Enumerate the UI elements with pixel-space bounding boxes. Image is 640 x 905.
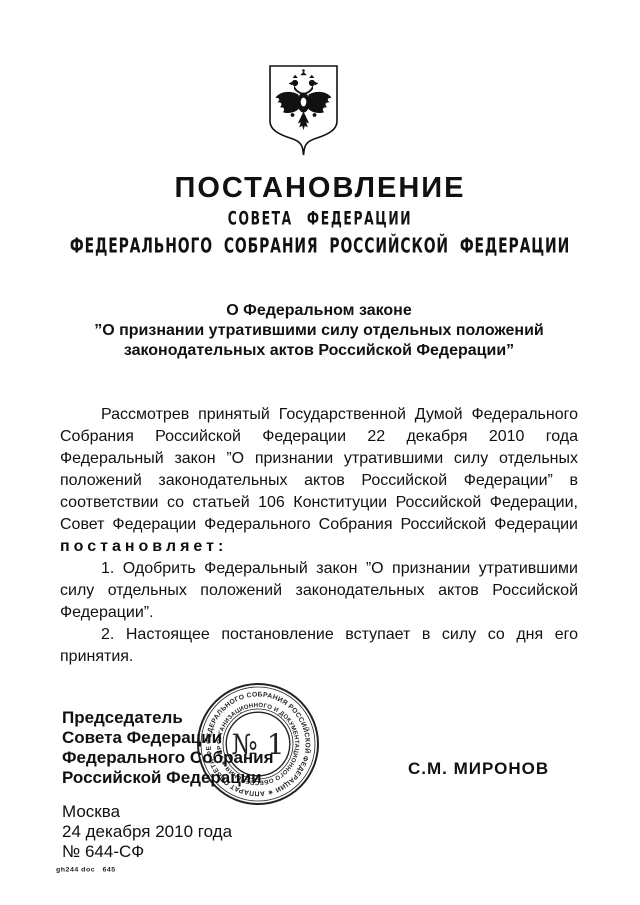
- signer-name: С.М. МИРОНОВ: [408, 759, 549, 779]
- subject-line-2: ”О признании утратившими силу отдельных …: [60, 321, 578, 341]
- issue-date: 24 декабря 2010 года: [62, 822, 232, 842]
- body-paragraph-preamble: Рассмотрев принятый Государственной Думо…: [60, 404, 578, 558]
- subject-line-3: законодательных актов Российской Федерац…: [60, 341, 578, 361]
- preamble-text: Рассмотрев принятый Государственной Думо…: [60, 406, 578, 533]
- subject-block: О Федеральном законе ”О признании утрати…: [60, 301, 578, 361]
- body-paragraph-item-1: 1. Одобрить Федеральный закон ”О признан…: [60, 558, 578, 624]
- issue-city: Москва: [62, 802, 232, 822]
- russia-coat-of-arms-icon: [267, 64, 340, 161]
- footer-doc-code: gh244 doc 645: [56, 867, 116, 873]
- stamp-number: № 1: [231, 728, 284, 761]
- document-page: ПОСТАНОВЛЕНИЕ СОВЕТА ФЕДЕРАЦИИ ФЕДЕРАЛЬН…: [0, 0, 640, 905]
- issue-number: № 644-СФ: [62, 842, 232, 862]
- resolves-keyword: постановляет:: [60, 538, 227, 555]
- registration-stamp: ФЕДЕРАЛЬНОГО СОБРАНИЯ РОССИЙСКОЙ ФЕДЕРАЦ…: [196, 682, 320, 806]
- document-type-title: ПОСТАНОВЛЕНИЕ: [0, 172, 640, 205]
- body-paragraph-item-2: 2. Настоящее постановление вступает в си…: [60, 624, 578, 668]
- issuing-body-line-1: СОВЕТА ФЕДЕРАЦИИ: [58, 207, 583, 230]
- resolution-body: Рассмотрев принятый Государственной Думо…: [60, 404, 578, 668]
- issue-block: Москва 24 декабря 2010 года № 644-СФ: [62, 802, 232, 862]
- issuing-body-line-2: ФЕДЕРАЛЬНОГО СОБРАНИЯ РОССИЙСКОЙ ФЕДЕРАЦ…: [42, 234, 599, 258]
- subject-line-1: О Федеральном законе: [60, 301, 578, 321]
